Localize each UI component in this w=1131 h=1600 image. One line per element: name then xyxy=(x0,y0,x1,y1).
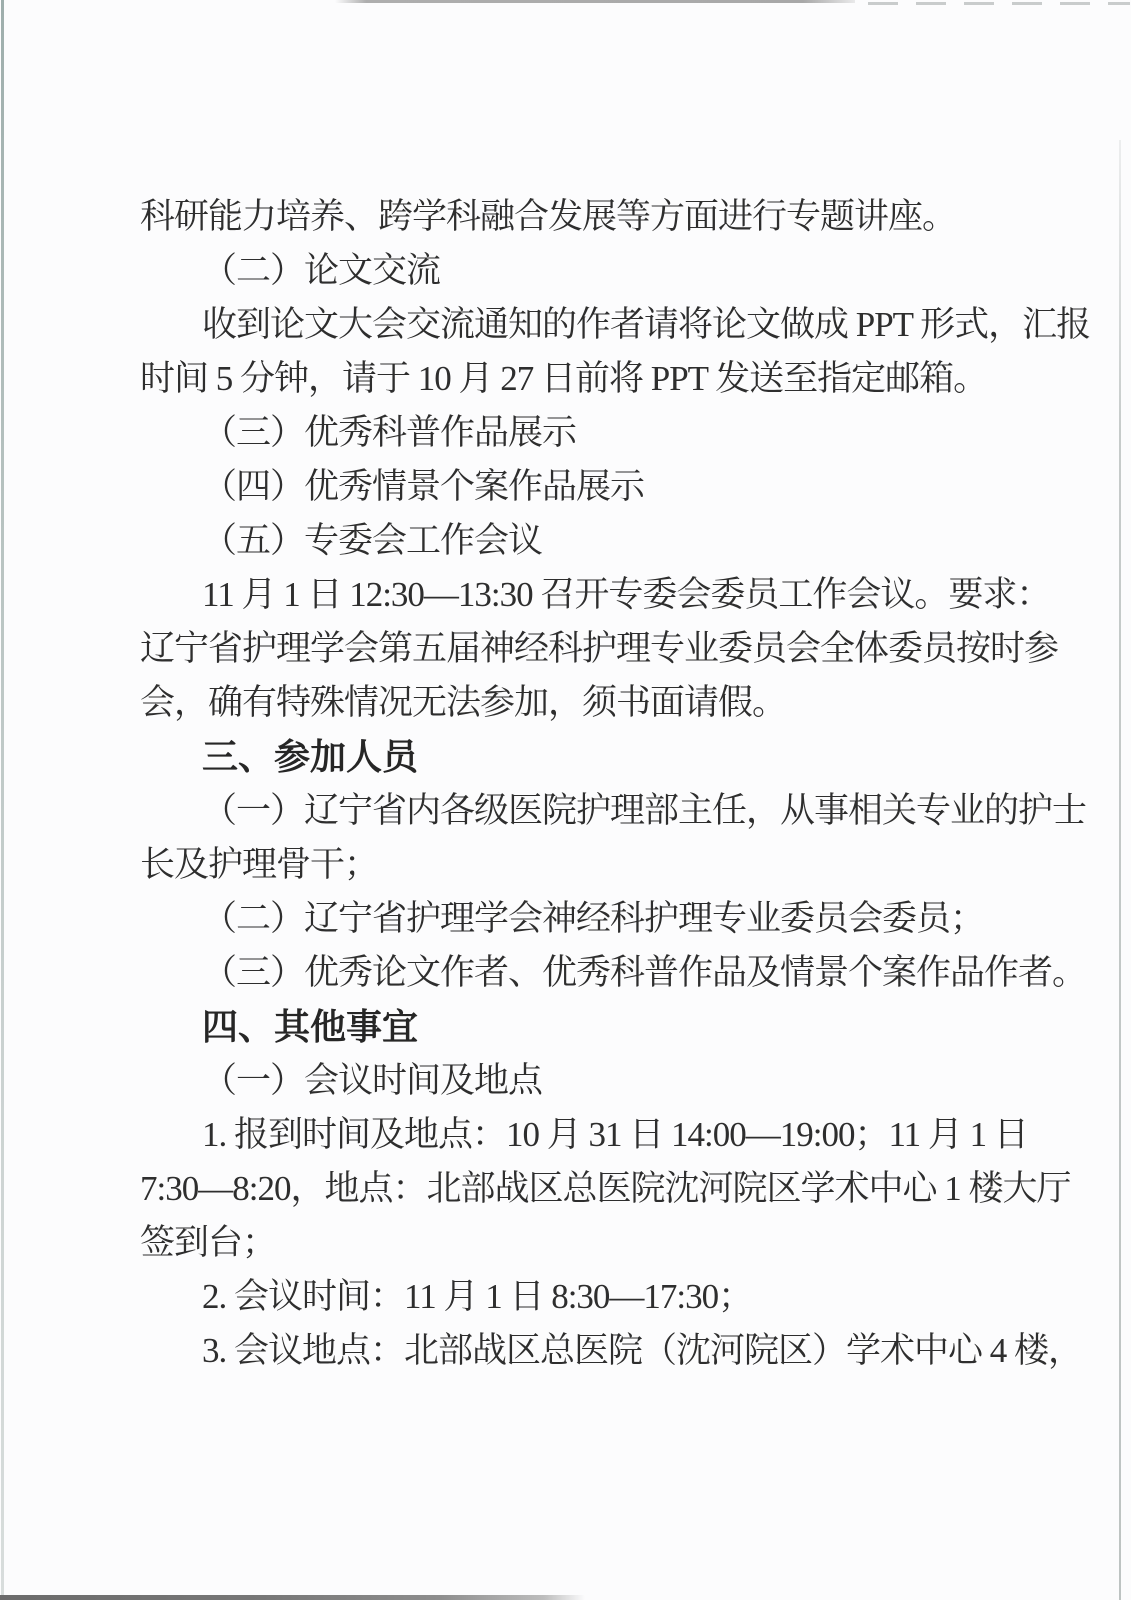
subheading-time-and-location: （一）会议时间及地点 xyxy=(140,1054,1060,1108)
scan-artifact-bottom-bar xyxy=(0,1595,585,1600)
body-line-participants-1b: 长及护理骨干； xyxy=(140,838,1060,892)
scan-artifact-top-dashes xyxy=(868,2,1130,5)
subheading-paper-exchange: （二）论文交流 xyxy=(140,244,1060,298)
body-line-committee-meeting-1: 11 月 1 日 12:30—13:30 召开专委会委员工作会议。要求： xyxy=(140,568,1060,622)
document-body: 科研能力培养、跨学科融合发展等方面进行专题讲座。 （二）论文交流 收到论文大会交… xyxy=(140,190,1060,1378)
body-line-participants-2: （二）辽宁省护理学会神经科护理专业委员会委员； xyxy=(140,892,1060,946)
body-line-registration-1: 1. 报到时间及地点：10 月 31 日 14:00—19:00；11 月 1 … xyxy=(140,1108,1060,1162)
section-heading-other-matters: 四、其他事宜 xyxy=(140,1000,1060,1054)
scan-artifact-right-edge xyxy=(1119,140,1121,1600)
subheading-committee-work-meeting: （五）专委会工作会议 xyxy=(140,514,1060,568)
document-page: 科研能力培养、跨学科融合发展等方面进行专题讲座。 （二）论文交流 收到论文大会交… xyxy=(0,0,1131,1600)
subheading-science-popular-works: （三）优秀科普作品展示 xyxy=(140,406,1060,460)
scan-artifact-top-line xyxy=(335,0,855,3)
body-line-participants-1a: （一）辽宁省内各级医院护理部主任，从事相关专业的护士 xyxy=(140,784,1060,838)
body-line-ppt-notice-1: 收到论文大会交流通知的作者请将论文做成 PPT 形式，汇报 xyxy=(140,298,1060,352)
body-line-meeting-location: 3. 会议地点：北部战区总医院（沈河院区）学术中心 4 楼， xyxy=(140,1324,1060,1378)
subheading-scenario-case-works: （四）优秀情景个案作品展示 xyxy=(140,460,1060,514)
section-heading-participants: 三、参加人员 xyxy=(140,730,1060,784)
scan-artifact-left-edge xyxy=(1,0,4,1600)
body-line-committee-meeting-2: 辽宁省护理学会第五届神经科护理专业委员会全体委员按时参 xyxy=(140,622,1060,676)
body-line-participants-3: （三）优秀论文作者、优秀科普作品及情景个案作品作者。 xyxy=(140,946,1060,1000)
body-line-committee-meeting-3: 会，确有特殊情况无法参加，须书面请假。 xyxy=(140,676,1060,730)
body-line-registration-3: 签到台； xyxy=(140,1216,1060,1270)
body-line-lecture-topics: 科研能力培养、跨学科融合发展等方面进行专题讲座。 xyxy=(140,190,1060,244)
body-line-ppt-notice-2: 时间 5 分钟，请于 10 月 27 日前将 PPT 发送至指定邮箱。 xyxy=(140,352,1060,406)
body-line-registration-2: 7:30—8:20，地点：北部战区总医院沈河院区学术中心 1 楼大厅 xyxy=(140,1162,1060,1216)
body-line-meeting-time: 2. 会议时间：11 月 1 日 8:30—17:30； xyxy=(140,1270,1060,1324)
